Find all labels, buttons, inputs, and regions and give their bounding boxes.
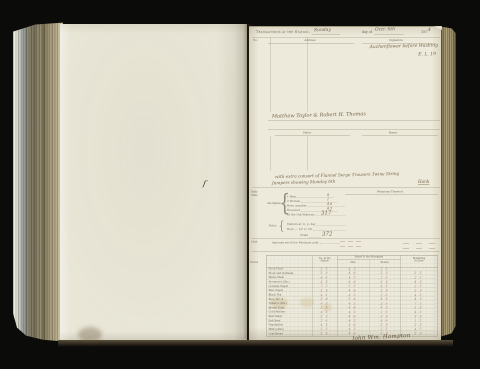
- memo-line2: Jumpers showing Monday 6th: [272, 178, 336, 185]
- names-handwritten: Matthew Taylor & Robert H. Thomas: [272, 111, 366, 119]
- group-header: Issued to the Aborigines: [337, 256, 400, 259]
- stores-value-remaining: 2 5: [412, 271, 424, 275]
- ledger-form: Transactions at the Station, Sunday day …: [249, 26, 441, 339]
- stores-item-label: Black Tea: [269, 293, 282, 296]
- stores-row: Black Tea4 24 32 64 5: [267, 292, 438, 296]
- form-title: Transactions at the Station,: [256, 29, 310, 34]
- stores-value-onhand: 2 5: [318, 288, 330, 292]
- margin-label-cash: Cash: [251, 240, 257, 243]
- sub-women-header: Women: [369, 261, 401, 264]
- stores-value-men: 4 3: [346, 301, 358, 305]
- page-edges-left: [13, 22, 63, 342]
- dotted-leader: [320, 243, 340, 244]
- buyer-label: Buyer: [378, 131, 408, 134]
- stores-row: Best Meat2 34 62 52 5: [267, 314, 438, 318]
- memo-line1: with extra consort of Flannel Serge Trou…: [275, 170, 399, 178]
- day-handwritten: Sunday: [314, 27, 331, 32]
- stores-value-onhand: 4 5: [318, 309, 330, 313]
- stores-value-women: 4 6: [378, 318, 390, 322]
- people-row: Received4 5: [287, 207, 347, 212]
- text: Remaining: [413, 257, 426, 260]
- dotted-leader: [317, 225, 346, 226]
- dash-mark: [356, 246, 361, 247]
- stores-item-label: Brown Soap: [269, 306, 285, 309]
- column-divider: [271, 136, 272, 170]
- book-underside-shadow: [58, 340, 453, 347]
- stores-item-label: Flour and Oatmeal: [269, 271, 294, 274]
- stores-value-onhand: 4 6: [318, 275, 330, 279]
- section-rule: [252, 238, 440, 239]
- stores-value-men: 4 3: [346, 309, 358, 313]
- people-item-value: 1: [327, 197, 344, 201]
- stores-value-remaining: 4 5: [412, 327, 424, 331]
- people-item-label: At the Out-Stations: [287, 213, 314, 216]
- cash-row-label: Amount rec'd for Produce sold: [272, 241, 318, 245]
- stores-item-label: Tobacco (lbs.): [269, 302, 287, 305]
- stores-item-label: Raw Sugar: [269, 289, 284, 292]
- stores-value-onhand: 2 5: [318, 305, 330, 309]
- date-handwritten: Octr. 6th: [375, 26, 395, 32]
- stores-value-women: 4 5: [378, 283, 390, 287]
- people-row: Boys — 1/2 to 1/6: [287, 226, 347, 231]
- stores-item-label: Salt Beef: [269, 319, 281, 322]
- stores-item-label: Best Meat: [269, 315, 282, 318]
- dash-mark: [348, 241, 353, 242]
- stores-value-remaining: 7 3: [412, 301, 424, 305]
- stores-item-label: Colonial Sugar: [269, 284, 289, 287]
- dash-mark: [416, 243, 422, 244]
- stores-value-remaining: 4 5: [412, 279, 424, 283]
- margin-label-state: State: [251, 194, 258, 197]
- stores-row: Flour and Oatmeal2 34 62 32 5: [267, 271, 438, 275]
- stores-value-remaining: 4 3: [412, 296, 424, 300]
- dash-mark: [340, 241, 345, 242]
- stores-item-label: Milk (pints): [269, 327, 284, 330]
- left-page-blank: [60, 24, 247, 342]
- stores-value-women: 2 3: [378, 271, 390, 275]
- column-divider: [307, 37, 308, 111]
- stores-row: Arrowroot (lbs.)2 54 62 34 5: [267, 279, 438, 283]
- dash-mark: [403, 248, 409, 249]
- underline: [268, 43, 354, 44]
- dash-mark: [403, 243, 409, 244]
- total-label: Total: [300, 233, 308, 237]
- stores-value-remaining: 2 3: [412, 288, 424, 292]
- people-subtotal: 317: [321, 209, 332, 216]
- stores-item-label: Rice, No. 4: [269, 297, 284, 300]
- text: No. at the: [319, 257, 331, 260]
- stores-row: Brown Soap2 54 64 32 5: [267, 305, 438, 309]
- margin-label-daily: Daily: [251, 190, 258, 193]
- brace: {: [279, 219, 285, 231]
- people-row: At the Out-Stations: [287, 212, 347, 217]
- stores-row: Raw Sugar2 54 62 52 3: [267, 288, 438, 292]
- annotation-line2: E. L. 19: [405, 51, 436, 57]
- stores-value-men: 2 6: [346, 296, 358, 300]
- stores-value-men: 4 3: [346, 292, 358, 296]
- stores-value-men: 4 3: [346, 327, 358, 331]
- group2-label: Police: [269, 224, 277, 227]
- stores-row: Cold Mutton4 54 32 64 3: [267, 309, 438, 313]
- stain: [300, 297, 314, 307]
- stores-value-onhand: 2 8: [318, 296, 330, 300]
- stores-value-women: 2 3: [378, 331, 390, 335]
- stores-value-women: 4 3: [378, 296, 390, 300]
- memo-underlined-word: Hank: [418, 179, 429, 185]
- underline: [275, 135, 350, 136]
- people-row: Visitors at 1/- p. day: [287, 221, 347, 226]
- stores-value-women: 2 5: [378, 327, 390, 331]
- underline: [345, 194, 438, 195]
- section-rule: [252, 187, 440, 188]
- stores-value-remaining: 4 3: [412, 309, 424, 313]
- stores-value-men: 2 3: [346, 283, 358, 287]
- fore-edge-right: [441, 27, 456, 337]
- total-value: 372: [322, 230, 333, 237]
- section-rule: [268, 129, 440, 130]
- stores-value-onhand: 4 2: [318, 292, 330, 296]
- col-label-no: No.: [253, 39, 258, 42]
- stores-item-label: Arrowroot (lbs.): [269, 280, 290, 283]
- stores-value-onhand: 2 3: [318, 271, 330, 275]
- dotted-leader: [309, 236, 321, 237]
- stores-item-label: Maize Meal: [269, 276, 284, 279]
- header-rule: [252, 37, 440, 38]
- people-item-value: 4 6: [327, 202, 344, 206]
- photo-of-open-ledger: ſ Transactions at the Station, Sunday da…: [0, 0, 480, 369]
- dash-mark: [429, 243, 435, 244]
- stores-item-label: Loaf Bread: [269, 332, 284, 335]
- stores-value-remaining: 2 3: [412, 275, 424, 279]
- stores-value-women: 4 3: [378, 305, 390, 309]
- writing-baseline: [268, 120, 440, 121]
- text: in Store: [414, 260, 423, 263]
- stores-value-women: 2 5: [378, 275, 390, 279]
- text: Station: [321, 260, 329, 263]
- col-label-signature: Signature: [381, 39, 411, 42]
- stores-value-onhand: 2 6: [318, 318, 330, 322]
- margin-label-stores: Stores: [250, 261, 258, 264]
- stores-value-men: 4 6: [346, 288, 358, 292]
- stores-value-remaining: 4 5: [412, 292, 424, 296]
- people-item-label: Boys — 1/2 to 1/6: [287, 228, 312, 231]
- stores-row: Vegetables4 54 62 32 5: [267, 322, 438, 326]
- stain-bottom-left: [78, 327, 102, 342]
- underline: [362, 135, 438, 136]
- stores-value-women: 2 6: [378, 309, 390, 313]
- stores-value-women: 2 5: [378, 301, 390, 305]
- stores-value-onhand: 2 5: [318, 279, 330, 283]
- stores-value-onhand: 2 3: [318, 327, 330, 331]
- dash-mark: [416, 248, 422, 249]
- stores-row: Salt Beef2 64 34 61 3: [267, 318, 438, 322]
- underline: [312, 34, 340, 35]
- stores-value-men: 4 6: [346, 305, 358, 309]
- stores-row: Colonial Sugar7 32 34 52 5: [267, 284, 438, 288]
- stores-value-men: 4 6: [346, 279, 358, 283]
- section-rule: [252, 251, 440, 252]
- year-printed: 187: [421, 30, 428, 34]
- col-label-address: Address: [295, 39, 325, 42]
- stores-table: No. at theStation Issued to the Aborigin…: [266, 254, 438, 336]
- stores-value-women: 2 5: [378, 288, 390, 292]
- people-item-value: 8: [327, 193, 344, 197]
- stores-value-remaining: 2 5: [412, 314, 424, 318]
- dash-mark: [340, 246, 345, 247]
- stores-value-remaining: 2 3: [412, 331, 424, 335]
- stores-row: Maize Meal4 64 32 52 3: [267, 275, 438, 279]
- stores-row: Milk (pints)2 34 32 54 5: [267, 327, 438, 331]
- stores-item-label: Good Flour: [269, 267, 284, 270]
- stores-value-women: 2 3: [378, 279, 390, 283]
- sub-men-header: Men: [337, 261, 369, 264]
- stores-value-men: 4 6: [346, 271, 358, 275]
- column-divider: [307, 136, 308, 170]
- stores-value-onhand: 7 3: [318, 283, 330, 287]
- subheader-rule: [337, 259, 400, 260]
- stores-value-remaining: 1 3: [412, 318, 424, 322]
- seller-label: Seller: [292, 131, 322, 134]
- stores-value-remaining: 2 5: [412, 283, 424, 287]
- year-digit-handwritten: 4: [428, 27, 431, 32]
- dash-mark: [356, 241, 361, 242]
- col-onhand-header: No. at theStation: [312, 257, 337, 263]
- day-of-label: day of: [362, 30, 372, 34]
- stores-value-men: 4 6: [346, 314, 358, 318]
- cash-row: Amount rec'd for Produce sold: [272, 241, 340, 245]
- stores-row: Loaf Bread2 54 62 32 3: [267, 331, 438, 335]
- stores-value-remaining: 2 5: [412, 305, 424, 309]
- stores-value-men: 4 3: [346, 318, 358, 322]
- underline: [374, 34, 404, 35]
- dash-mark: [348, 246, 353, 247]
- stores-value-women: 2 5: [378, 314, 390, 318]
- stores-row: Rice, No. 42 82 64 34 3: [267, 296, 438, 300]
- column-divider: [271, 37, 272, 111]
- stores-value-onhand: 6 3: [318, 301, 330, 305]
- stores-value-onhand: 2 3: [318, 314, 330, 318]
- dotted-leader: [301, 211, 338, 212]
- stores-item-label: Vegetables: [269, 323, 283, 326]
- people-item-label: Visitors at 1/- p. day: [287, 223, 316, 226]
- remarks-label: Reasons Thereof: [372, 190, 408, 194]
- stores-value-men: 4 3: [346, 275, 358, 279]
- stores-value-onhand: 2 5: [318, 331, 330, 335]
- dash-mark: [429, 248, 435, 249]
- stores-value-women: 2 6: [378, 292, 390, 296]
- col-remaining-header: Remainingin Store: [401, 257, 438, 263]
- stores-item-label: Cold Mutton: [269, 310, 286, 313]
- stores-value-men: 4 6: [346, 331, 358, 335]
